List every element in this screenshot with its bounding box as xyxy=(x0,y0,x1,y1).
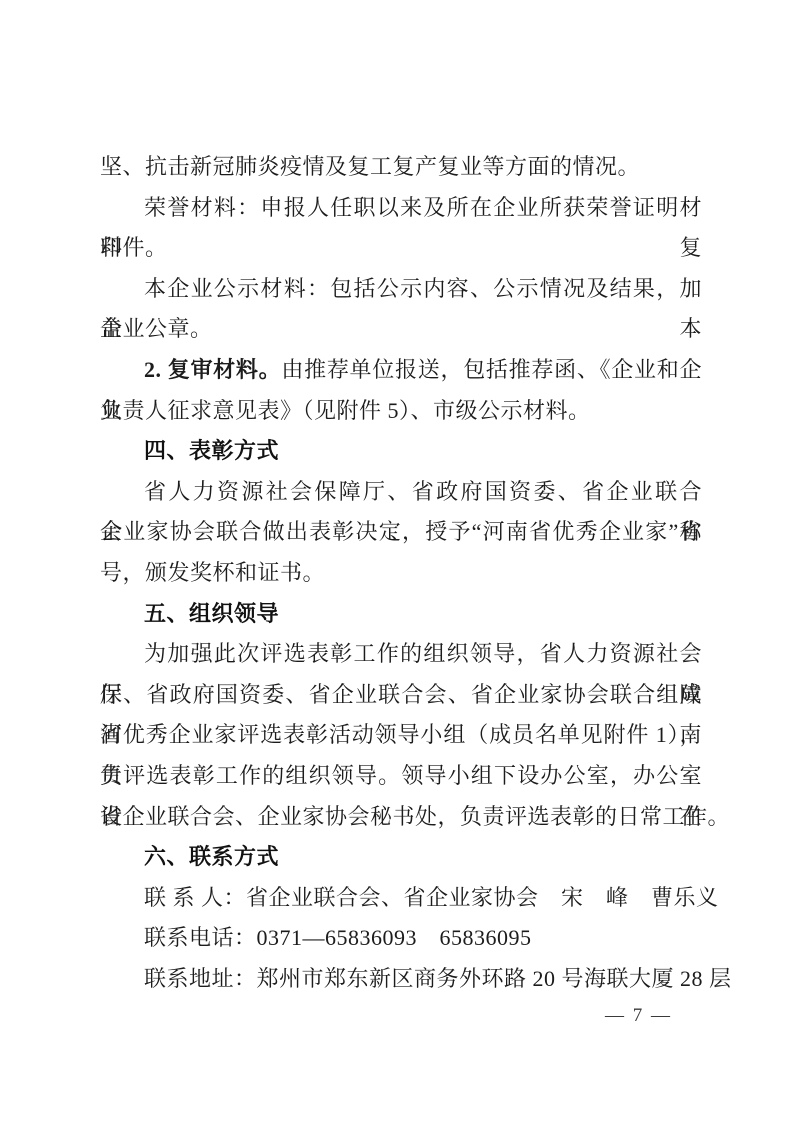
section-heading-5: 五、组织领导 xyxy=(100,594,702,635)
doc-line: 为加强此次评选表彰工作的组织领导，省人力资源社会保障 xyxy=(100,634,702,675)
doc-line: 本企业公示材料：包括公示内容、公示情况及结果，加盖本 xyxy=(100,269,702,310)
doc-line: 荣誉材料：申报人任职以来及所在企业所获荣誉证明材料复 xyxy=(100,188,702,229)
doc-line: 2. 复审材料。由推荐单位报送，包括推荐函、《企业和企业 xyxy=(100,350,702,391)
doc-line: 责评选表彰工作的组织领导。领导小组下设办公室，办公室设在 xyxy=(100,756,702,797)
page-number: — 7 — xyxy=(605,1003,672,1029)
doc-line: 省优秀企业家评选表彰活动领导小组（成员名单见附件 1），负 xyxy=(100,715,702,756)
contact-person-line: 联 系 人：省企业联合会、省企业家协会 宋 峰 曹乐义 xyxy=(100,878,702,919)
doc-line: 负责人征求意见表》（见附件 5）、市级公示材料。 xyxy=(100,391,702,432)
doc-line: 厅、省政府国资委、省企业联合会、省企业家协会联合组成河南 xyxy=(100,675,702,716)
doc-line-bold-lead: 2. 复审材料。 xyxy=(144,357,281,382)
doc-line: 号，颁发奖杯和证书。 xyxy=(100,553,702,594)
contact-address-line: 联系地址：郑州市郑东新区商务外环路 20 号海联大厦 28 层 xyxy=(100,959,702,1000)
contact-phone-line: 联系电话：0371—65836093 65836095 xyxy=(100,918,702,959)
section-heading-4: 四、表彰方式 xyxy=(100,431,702,472)
doc-line: 省人力资源社会保障厅、省政府国资委、省企业联合会、省 xyxy=(100,472,702,513)
section-heading-6: 六、联系方式 xyxy=(100,837,702,878)
doc-line: 坚、抗击新冠肺炎疫情及复工复产复业等方面的情况。 xyxy=(100,147,702,188)
document-body: 坚、抗击新冠肺炎疫情及复工复产复业等方面的情况。 荣誉材料：申报人任职以来及所在… xyxy=(100,147,702,999)
doc-line: 省企业联合会、企业家协会秘书处，负责评选表彰的日常工作。 xyxy=(100,797,702,838)
document-page: 坚、抗击新冠肺炎疫情及复工复产复业等方面的情况。 荣誉材料：申报人任职以来及所在… xyxy=(0,0,794,1123)
doc-line: 企业家协会联合做出表彰决定，授予“河南省优秀企业家”称 xyxy=(100,512,702,553)
